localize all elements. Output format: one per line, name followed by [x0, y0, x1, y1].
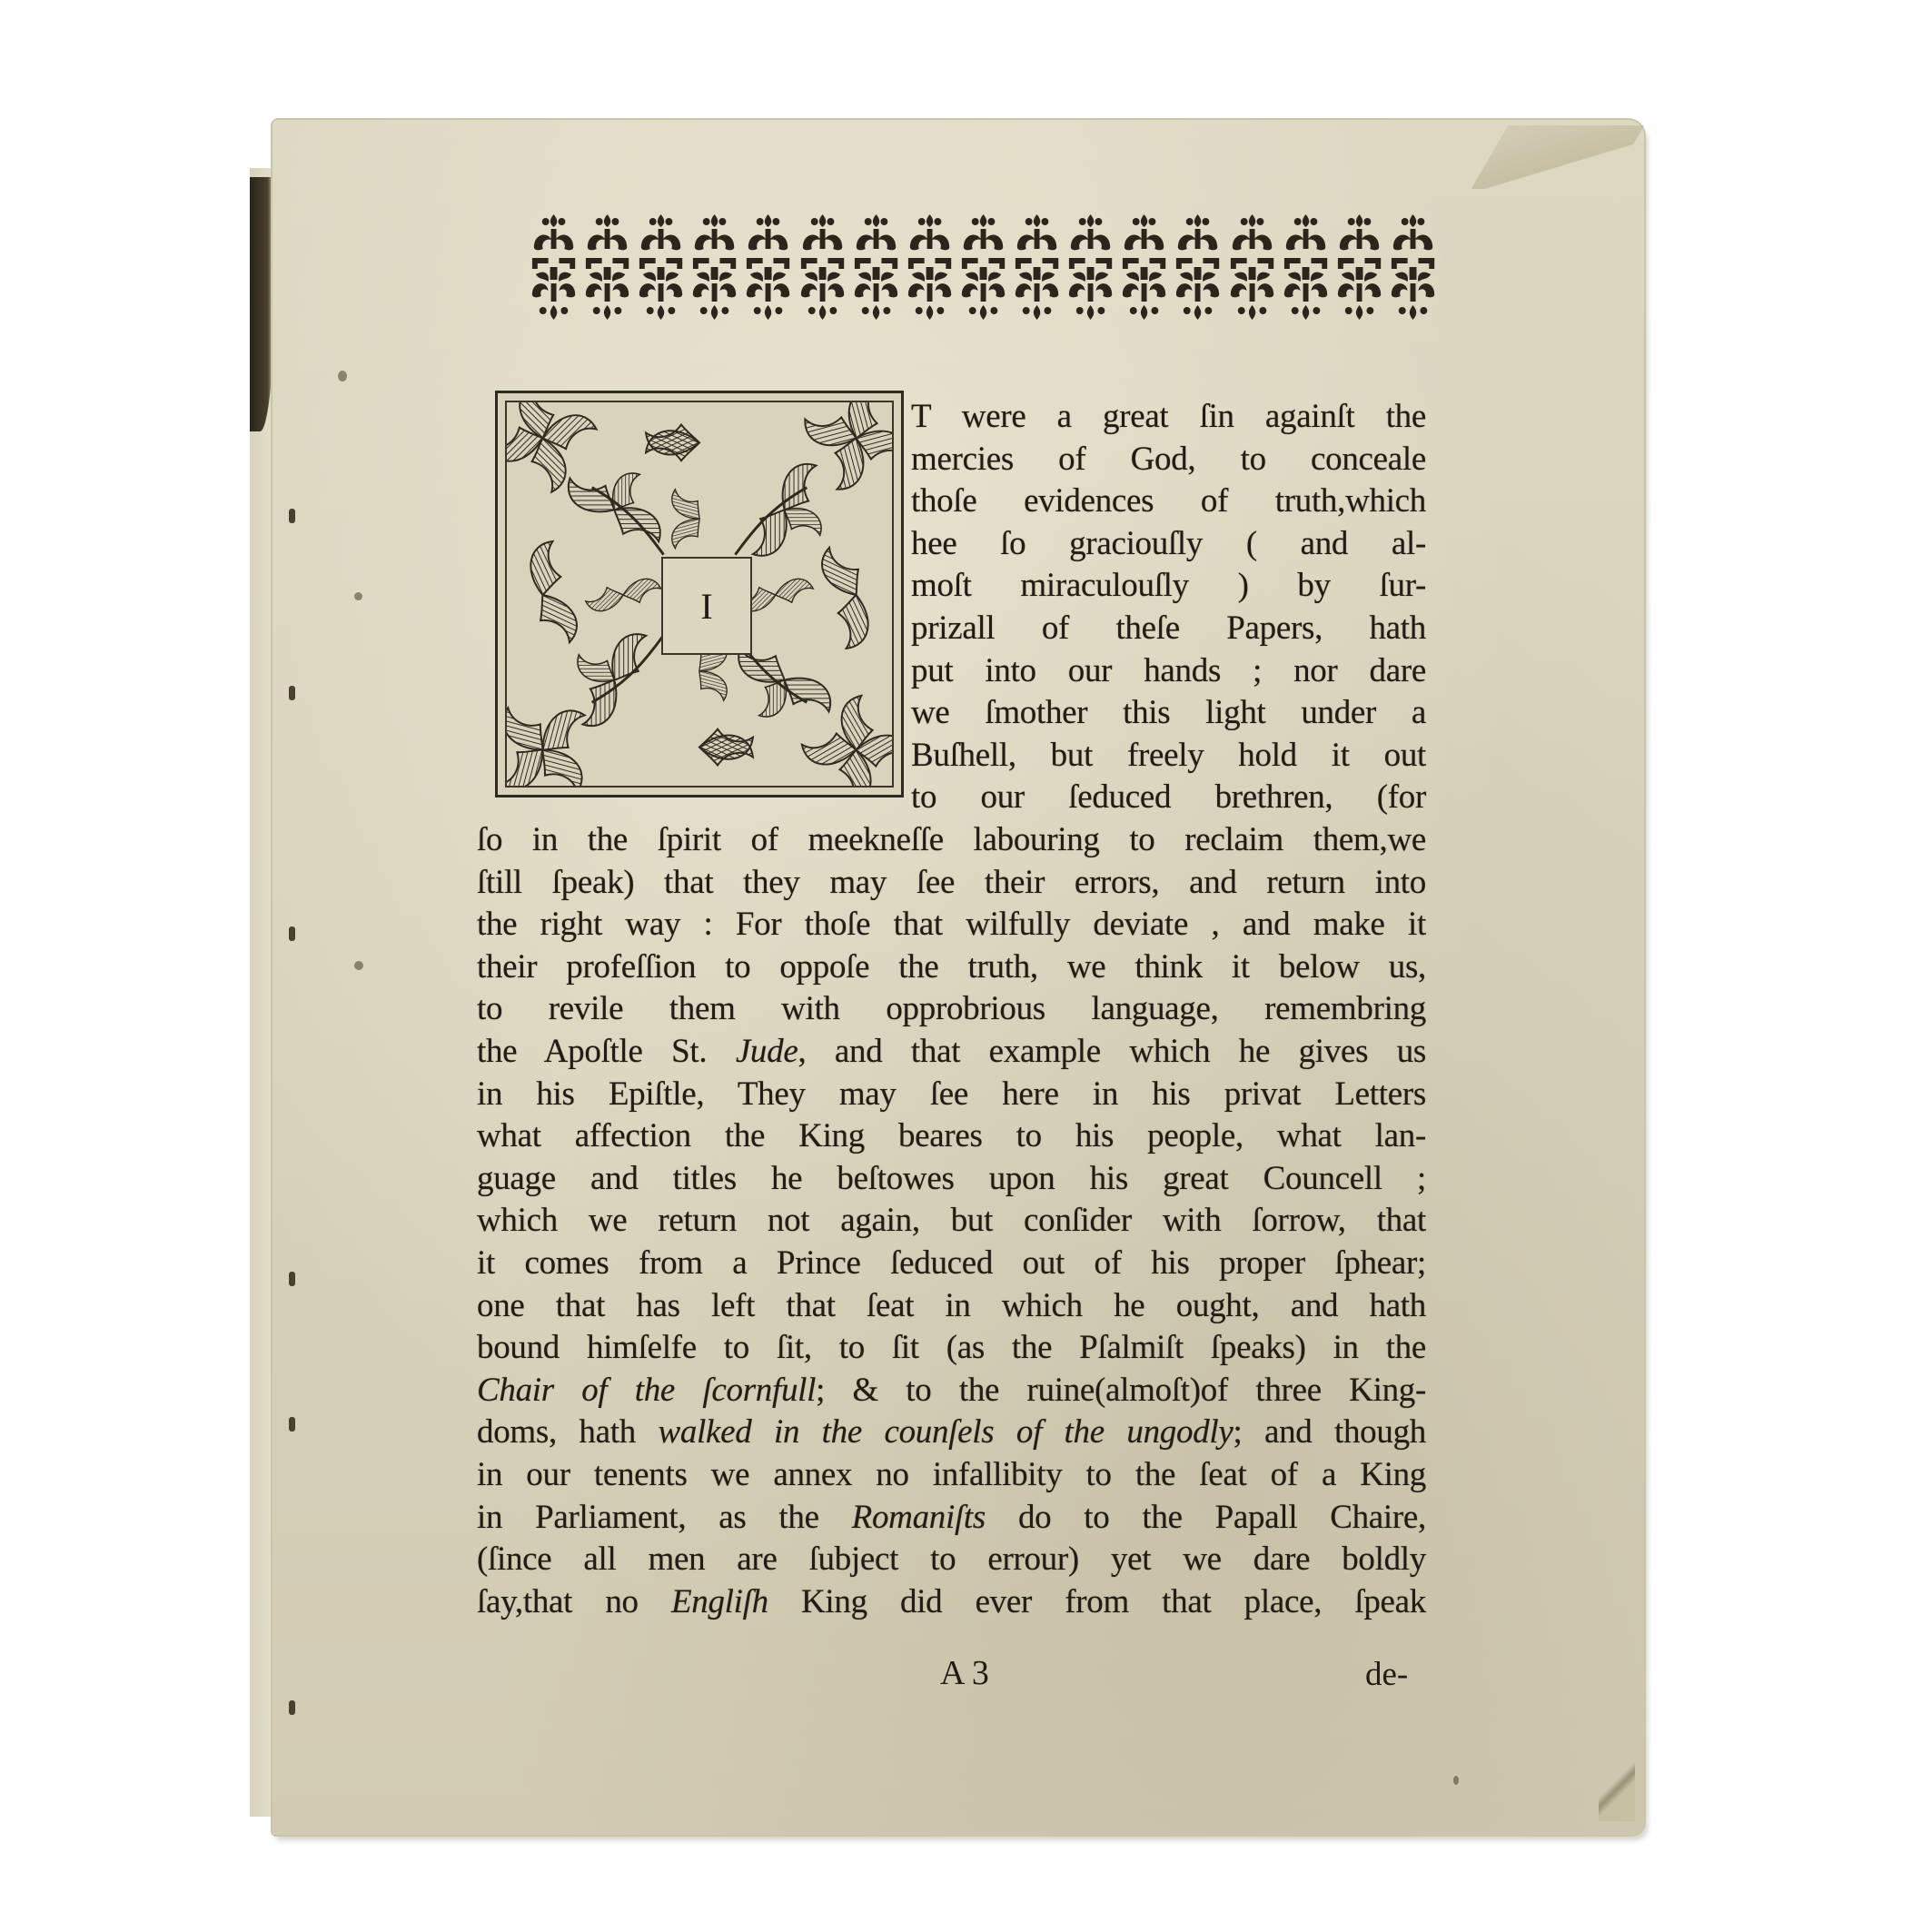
- italic-text: walked in the counſels of the ungodly: [658, 1413, 1233, 1451]
- text-line: bound himſelfe to ſit, to ſit (as the Pſ…: [477, 1328, 1426, 1367]
- text-line: doms, hath walked in the counſels of the…: [477, 1412, 1426, 1451]
- roman-text: their profeſſion to oppoſe the truth, we…: [477, 948, 1426, 986]
- text-line: prizall of theſe Papers, hath: [911, 609, 1426, 648]
- italic-text: Engliſh: [671, 1583, 768, 1620]
- text-line: put into our hands ; nor dare: [911, 651, 1426, 690]
- fleuron-icon: [903, 211, 956, 322]
- italic-text: Chair of the ſcornfull: [477, 1372, 816, 1409]
- roman-text: ſay,that no: [477, 1583, 671, 1620]
- text-line: ſtill ſpeak) that they may ſee their err…: [477, 863, 1426, 902]
- roman-text: to our ſeduced brethren, (for: [911, 778, 1426, 816]
- fleuron-icon: [1171, 211, 1224, 322]
- roman-text: prizall of theſe Papers, hath: [911, 609, 1426, 647]
- text-line: guage and titles he beſtowes upon his gr…: [477, 1159, 1426, 1198]
- catchword: de-: [1365, 1655, 1408, 1694]
- fleuron-icon: [1386, 211, 1440, 322]
- roman-text: to revile them with opprobrious language…: [477, 990, 1426, 1027]
- roman-text: what affection the King beares to his pe…: [477, 1117, 1426, 1154]
- roman-text: moſt miraculouſly ) by ſur-: [911, 567, 1426, 604]
- text-line: ſo in the ſpirit of meekneſſe labouring …: [477, 820, 1426, 859]
- fleuron-icon: [849, 211, 903, 322]
- stitch-hole: [289, 509, 295, 523]
- roman-text: in Parliament, as the: [477, 1499, 852, 1536]
- roman-text: it comes from a Prince ſeduced out of hi…: [477, 1244, 1426, 1282]
- stitch-hole: [289, 1700, 295, 1715]
- headpiece-ornament: [527, 211, 1440, 322]
- text-line: which we return not again, but conſider …: [477, 1201, 1426, 1240]
- foxing-spot: [354, 961, 363, 970]
- roman-text: hee ſo graciouſly ( and al-: [911, 525, 1426, 562]
- fleuron-icon: [527, 211, 580, 322]
- roman-text: the right way : For thoſe that wilfully …: [477, 906, 1426, 943]
- foxing-spot: [354, 592, 362, 600]
- text-line: in his Epiſtle, They may ſee here in his…: [477, 1075, 1426, 1114]
- roman-text: the Apoſtle St.: [477, 1033, 736, 1070]
- text-line: it comes from a Prince ſeduced out of hi…: [477, 1243, 1426, 1283]
- roman-text: ſtill ſpeak) that they may ſee their err…: [477, 864, 1426, 901]
- fleuron-icon: [580, 211, 634, 322]
- text-line: ſay,that no Engliſh King did ever from t…: [477, 1582, 1426, 1621]
- fleuron-icon: [1064, 211, 1117, 322]
- roman-text: King did ever from that place, ſpeak: [768, 1583, 1426, 1620]
- text-line: their profeſſion to oppoſe the truth, we…: [477, 947, 1426, 986]
- foxing-spot: [338, 371, 347, 381]
- fleuron-icon: [1225, 211, 1279, 322]
- roman-text: one that has left that ſeat in which he …: [477, 1287, 1426, 1324]
- text-line: moſt miraculouſly ) by ſur-: [911, 566, 1426, 605]
- text-line: in our tenents we annex no infallibity t…: [477, 1455, 1426, 1494]
- foxing-spot: [1453, 1776, 1459, 1785]
- stitch-hole: [289, 1417, 295, 1432]
- roman-text: Buſhell, but freely hold it out: [911, 737, 1426, 774]
- roman-text: thoſe evidences of truth,which: [911, 482, 1426, 520]
- roman-text: (ſince all men are ſubject to errour) ye…: [477, 1541, 1426, 1578]
- drop-cap-letter: I: [661, 557, 752, 655]
- drop-cap-woodcut: I: [495, 391, 904, 798]
- roman-text: do to the Papall Chaire,: [986, 1499, 1426, 1536]
- text-line: to our ſeduced brethren, (for: [911, 778, 1426, 817]
- stitch-hole: [289, 926, 295, 941]
- italic-text: Jude: [736, 1033, 798, 1070]
- text-line: to revile them with opprobrious language…: [477, 989, 1426, 1028]
- text-line: thoſe evidences of truth,which: [911, 481, 1426, 520]
- text-line: in Parliament, as the Romaniſts do to th…: [477, 1498, 1426, 1537]
- text-line: T were a great ſin againſt the: [911, 397, 1426, 436]
- fleuron-icon: [1279, 211, 1333, 322]
- fleuron-icon: [1333, 211, 1386, 322]
- stitch-hole: [289, 1272, 295, 1286]
- roman-text: in his Epiſtle, They may ſee here in his…: [477, 1075, 1426, 1113]
- text-line: what affection the King beares to his pe…: [477, 1116, 1426, 1155]
- roman-text: mercies of God, to conceale: [911, 441, 1426, 478]
- text-line: we ſmother this light under a: [911, 693, 1426, 732]
- roman-text: bound himſelfe to ſit, to ſit (as the Pſ…: [477, 1329, 1426, 1366]
- fleuron-icon: [1117, 211, 1171, 322]
- roman-text: in our tenents we annex no infallibity t…: [477, 1456, 1426, 1493]
- text-line: one that has left that ſeat in which he …: [477, 1286, 1426, 1325]
- text-line: mercies of God, to conceale: [911, 440, 1426, 479]
- roman-text: which we return not again, but conſider …: [477, 1202, 1426, 1239]
- roman-text: , and that example which he gives us: [798, 1033, 1426, 1070]
- fleuron-icon: [634, 211, 688, 322]
- fleuron-icon: [1010, 211, 1064, 322]
- fleuron-icon: [796, 211, 849, 322]
- roman-text: ; & to the ruine(almoſt)of three King-: [816, 1372, 1426, 1409]
- text-line: the Apoſtle St. Jude, and that example w…: [477, 1032, 1426, 1071]
- roman-text: guage and titles he beſtowes upon his gr…: [477, 1160, 1426, 1197]
- stitch-hole: [289, 686, 295, 700]
- roman-text: ; and though: [1233, 1413, 1426, 1451]
- italic-text: Romaniſts: [852, 1499, 986, 1536]
- fleuron-icon: [741, 211, 795, 322]
- signature-mark: A 3: [940, 1653, 989, 1693]
- text-line: hee ſo graciouſly ( and al-: [911, 524, 1426, 563]
- text-line: the right way : For thoſe that wilfully …: [477, 905, 1426, 944]
- roman-text: T were a great ſin againſt the: [911, 398, 1426, 435]
- roman-text: doms, hath: [477, 1413, 658, 1451]
- roman-text: put into our hands ; nor dare: [911, 652, 1426, 689]
- roman-text: we ſmother this light under a: [911, 694, 1426, 731]
- text-line: Chair of the ſcornfull; & to the ruine(a…: [477, 1371, 1426, 1410]
- roman-text: ſo in the ſpirit of meekneſſe labouring …: [477, 821, 1426, 858]
- fleuron-icon: [688, 211, 741, 322]
- worn-corner-bottom-right: [1599, 1758, 1635, 1821]
- text-line: (ſince all men are ſubject to errour) ye…: [477, 1540, 1426, 1579]
- text-line: Buſhell, but freely hold it out: [911, 736, 1426, 775]
- fleuron-icon: [956, 211, 1010, 322]
